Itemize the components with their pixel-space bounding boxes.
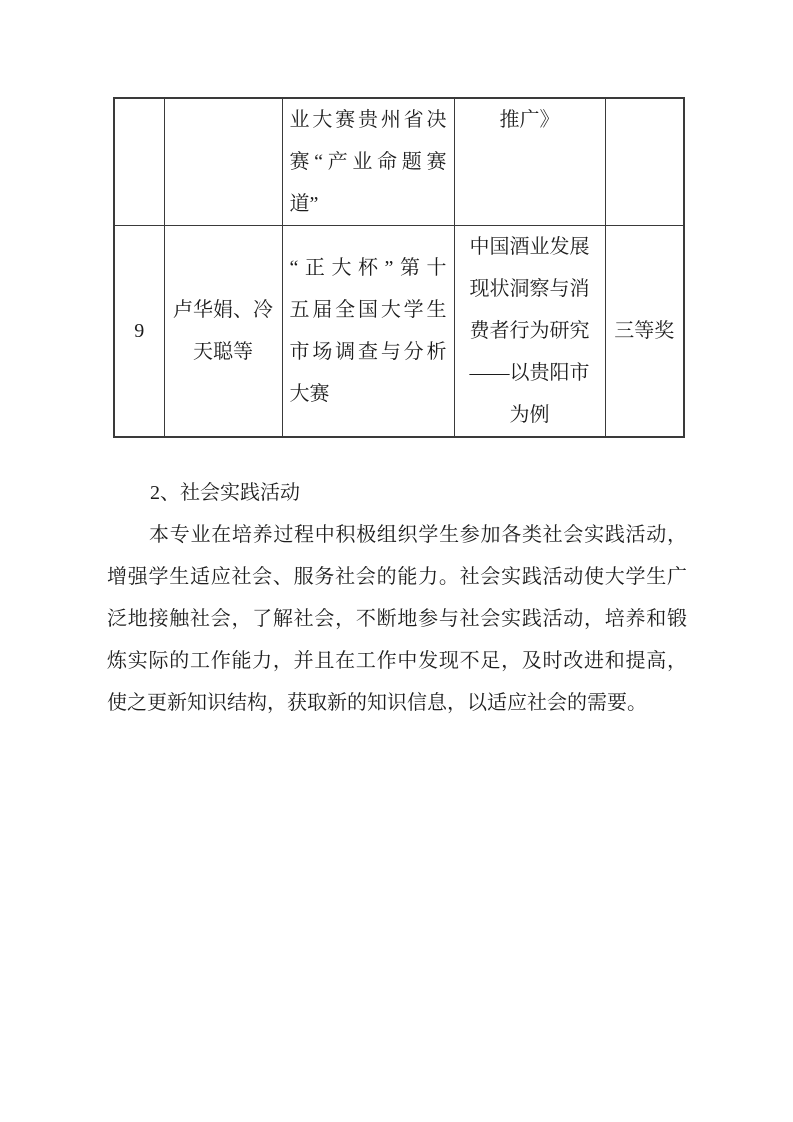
cell-line: 天聪等: [165, 331, 282, 373]
table-row-9: 9 卢华娟、冷 天聪等 “正大杯”第十 五届全国大学生 市场调查与分析 大赛 中…: [114, 226, 684, 438]
cell-award: [605, 98, 684, 226]
cell-line: 道”: [283, 183, 454, 225]
cell-line: 市场调查与分析: [283, 331, 454, 373]
cell-line: 现状洞察与消: [455, 268, 605, 310]
cell-line: 中国酒业发展: [455, 226, 605, 268]
cell-line: 费者行为研究: [455, 310, 605, 352]
cell-line: 卢华娟、冷: [165, 289, 282, 331]
cell-line: ——以贵阳市: [455, 352, 605, 394]
cell-work-title: 推广》: [454, 98, 605, 226]
paragraph-line: 炼实际的工作能力，并且在工作中发现不足，及时改进和提高，: [107, 640, 687, 682]
paragraph-line: 本专业在培养过程中积极组织学生参加各类社会实践活动，: [107, 514, 687, 556]
cell-line: 业大赛贵州省决: [283, 99, 454, 141]
body-paragraph: 本专业在培养过程中积极组织学生参加各类社会实践活动， 增强学生适应社会、服务社会…: [107, 514, 687, 724]
paragraph-line: 使之更新知识结构，获取新的知识信息，以适应社会的需要。: [107, 682, 687, 724]
cell-number: 9: [114, 226, 164, 438]
paragraph-line: 泛地接触社会，了解社会，不断地参与社会实践活动，培养和锻: [107, 598, 687, 640]
table-row-continuation: 业大赛贵州省决 赛“产业命题赛 道” 推广》: [114, 98, 684, 226]
cell-line: 大赛: [283, 373, 454, 415]
cell-line: “正大杯”第十: [283, 247, 454, 289]
cell-competition: 业大赛贵州省决 赛“产业命题赛 道”: [282, 98, 454, 226]
cell-work-title: 中国酒业发展 现状洞察与消 费者行为研究 ——以贵阳市 为例: [454, 226, 605, 438]
section-heading: 2、社会实践活动: [107, 472, 687, 514]
cell-number: [114, 98, 164, 226]
cell-line: 赛“产业命题赛: [283, 141, 454, 183]
cell-award: 三等奖: [605, 226, 684, 438]
cell-names: 卢华娟、冷 天聪等: [164, 226, 282, 438]
awards-table: 业大赛贵州省决 赛“产业命题赛 道” 推广》 9 卢华娟、冷 天聪等 “正大杯”…: [113, 97, 685, 438]
cell-names: [164, 98, 282, 226]
cell-competition: “正大杯”第十 五届全国大学生 市场调查与分析 大赛: [282, 226, 454, 438]
cell-line: 为例: [455, 394, 605, 436]
document-page: 业大赛贵州省决 赛“产业命题赛 道” 推广》 9 卢华娟、冷 天聪等 “正大杯”…: [0, 0, 793, 1122]
paragraph-line: 增强学生适应社会、服务社会的能力。社会实践活动使大学生广: [107, 556, 687, 598]
cell-line: 推广》: [455, 99, 605, 141]
cell-line: 五届全国大学生: [283, 289, 454, 331]
